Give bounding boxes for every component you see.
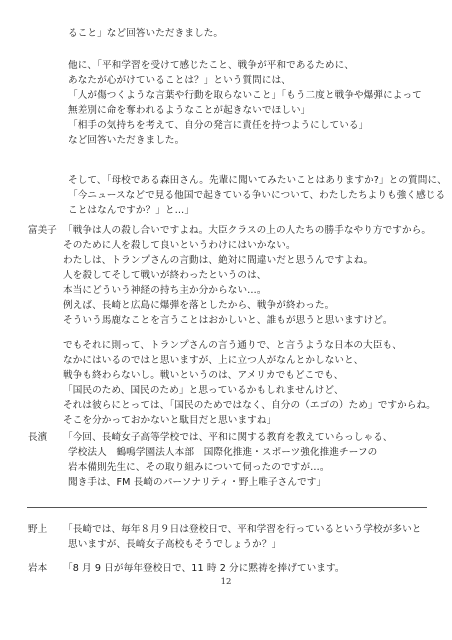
text-line: そこを分かっておかないと駄目だと思いますね」 bbox=[63, 414, 276, 428]
text-line: そのために人を殺して良いというわけにはいかない。 bbox=[63, 239, 296, 253]
section-divider bbox=[27, 507, 427, 508]
text-line: 本当にどういう神経の持ち主か分からない…。 bbox=[63, 284, 267, 298]
text-line: 「今回、長崎女子高等学校では、平和に関する教育を教えていらっしゃる、 bbox=[63, 431, 393, 445]
text-line: 「相手の気持ちを考えて、自分の発言に責任を持つようにしている」 bbox=[68, 119, 368, 133]
text-line: わたしは、トランプさんの言動は、絶対に間違いだと思うんですよね。 bbox=[63, 254, 373, 268]
text-line: など回答いただきました。 bbox=[68, 134, 184, 148]
text-line: そういう馬鹿なことを言うことはおかしいと、誰もが思うと思いますけど。 bbox=[63, 314, 393, 328]
text-line: でもそれに則って、トランプさんの言う通りで、と言うような日本の大臣も、 bbox=[63, 339, 402, 353]
text-line: 「人が傷つくような言葉や行動を取らないこと」「もう二度と戦争や爆弾によって bbox=[68, 89, 422, 103]
document-page: ること」など回答いただきました。 他に、「平和学習を受けて感じたこと、戦争が平和… bbox=[0, 0, 452, 640]
text-line: そして、「母校である森田さん。先輩に聞いてみたいことはありますか?」との質問に、 bbox=[68, 174, 447, 188]
text-line: 学校法人 鶴鳴学園法人本部 国際化推進・スポーツ強化推進チーフの bbox=[68, 446, 377, 460]
text-line: あなたが心がけていることは？」という質問には、 bbox=[68, 74, 291, 88]
text-line: 「今ニュースなどで見る他国で起きている争いについて、わたしたちよりも強く感じる bbox=[68, 189, 445, 203]
text-line: 例えば、長崎と広島に爆弾を落としたから、戦争が終わった。 bbox=[63, 299, 334, 313]
text-line: 「国民のため、国民のため」と思っているかもしれませんけど、 bbox=[63, 384, 344, 398]
text-line: 他に、「平和学習を受けて感じたこと、戦争が平和であるために、 bbox=[68, 59, 354, 73]
text-line: なかにはいるのではと思いますが、上に立つ人がなんとかしないと、 bbox=[63, 354, 364, 368]
speaker-name: 野上 bbox=[28, 523, 47, 537]
speaker-name: 長濱 bbox=[28, 431, 47, 445]
text-line: 思いますが、長崎女子高校もそうでしょうか？」 bbox=[68, 538, 281, 552]
page-number: 12 bbox=[0, 577, 452, 587]
text-line: 戦争も終わらないし。戦いというのは、アメリカでもどこでも、 bbox=[63, 369, 343, 383]
text-line: ことはなんですか？」と…」 bbox=[68, 204, 194, 218]
text-line: ること」など回答いただきました。 bbox=[68, 27, 223, 41]
text-line: 「長崎では、毎年８月９日は登校日で、平和学習を行っているという学校が多いと bbox=[63, 523, 421, 537]
speaker-name: 岩本 bbox=[28, 562, 47, 576]
text-line: 無差別に命を奪われるようなことが起きないでほしい」 bbox=[68, 104, 310, 118]
text-line: 人を殺してそして戦いが終わったというのは、 bbox=[63, 269, 266, 283]
text-line: 聞き手は、FM 長崎のパーソナリティ・野上唯子さんです」 bbox=[68, 476, 326, 490]
text-line: 「戦争は人の殺し合いですよね。大臣クラスの上の人たちの勝手なやり方ですから。 bbox=[63, 224, 431, 238]
text-line: それは彼らにとっては、「国民のためではなく、自分の（エゴの）ため」ですからね。 bbox=[63, 399, 436, 413]
speaker-name: 富美子 bbox=[28, 224, 57, 238]
text-line: 「8 月 9 日が毎年登校日で、11 時 2 分に黙祷を捧げています。 bbox=[63, 562, 345, 576]
text-line: 岩本備則先生に、その取り組みについて伺ったのですが…。 bbox=[68, 461, 330, 475]
